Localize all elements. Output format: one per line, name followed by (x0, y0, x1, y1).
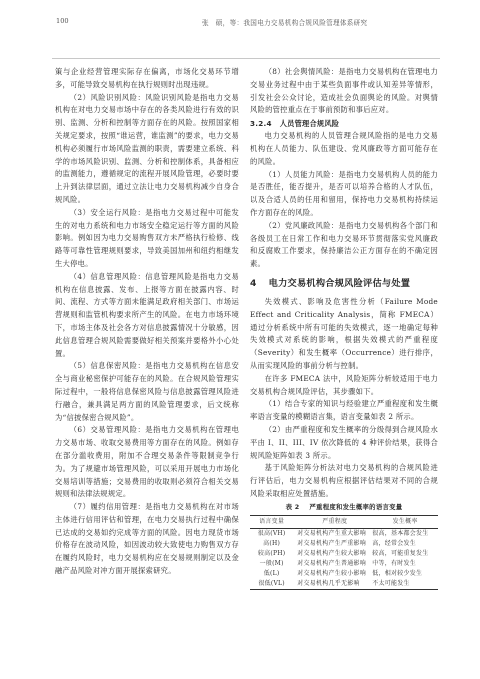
paragraph-information-confidentiality: （5）信息保密风险：是指电力交易机构在信息安全与商业秘密保护可能存在的风险。在合… (55, 360, 239, 424)
paragraph-risk-matrix: 在许多 FMECA 法中，风险矩阵分析较适用于电力交易机构合规风险评估，其步骤如… (250, 373, 438, 399)
paragraph-credit-management: （7）履约信用管理：是指电力交易机构在对市场主体进行信用评估和管理，在电力交易执… (55, 501, 239, 578)
table-header-variable: 语言变量 (250, 515, 293, 528)
subsection-heading: 3.2.4人员管理合规风险 (250, 117, 438, 130)
paragraph-fmeca-definition: 失效模式、影响及危害性分析（Failure Mode Effect and Cr… (250, 296, 438, 373)
cell-variable: 低(L) (250, 569, 293, 579)
cell-variable: 较高(PH) (250, 549, 293, 559)
paragraph-personnel-intro: 电力交易机构的人员管理合规风险指的是电力交易机构在人员能力、队伍建设、党风廉政等… (250, 130, 438, 168)
table-header-row: 语言变量 严重程度 发生概率 (250, 515, 438, 528)
table-row: 高(H) 对交易机构产生严重影响 高，经常会发生 (250, 539, 438, 549)
paragraph-trading-management: （6）交易管理风险：是指电力交易机构在管理电力交易市场、收取交易费用等方面存在的… (55, 424, 239, 501)
cell-variable: 很高(VH) (250, 528, 293, 539)
section-heading: 4电力交易机构合规风险评估与处置 (250, 277, 438, 291)
running-title: 张 硕，等：我国电力交易机构合规风险管理体系研究 (202, 17, 367, 27)
left-column: 策与企业经营管理实际存在偏离，市场化交易环节增多，可能导致交易机构在执行规则时出… (55, 66, 239, 578)
paragraph-information-management: （4）信息管理风险：信息管理风险是指电力交易机构在信息披露、发布、上报等方面在披… (55, 271, 239, 361)
table-row: 较高(PH) 对交易机构产生较大影响 较高，可能重复发生 (250, 549, 438, 559)
table-row: 低(L) 对交易机构产生较小影响 低，相对较少发生 (250, 569, 438, 579)
table-header-severity: 严重程度 (293, 515, 372, 528)
cell-severity: 对交易机构产生严重影响 (293, 539, 372, 549)
page-number: 100 (56, 17, 69, 25)
table-row: 很高(VH) 对交易机构产生重大影响 很高，基本都会发生 (250, 528, 438, 539)
cell-occurrence: 不太可能发生 (372, 579, 438, 590)
cell-variable: 一般(M) (250, 559, 293, 569)
paragraph-safe-operation: （3）安全运行风险：是指电力交易过程中可能发生的对电力系统和电力市场安全稳定运行… (55, 207, 239, 271)
cell-occurrence: 较高，可能重复发生 (372, 549, 438, 559)
table-row: 一般(M) 对交易机构产生普通影响 中等，有时发生 (250, 559, 438, 569)
cell-variable: 高(H) (250, 539, 293, 549)
cell-severity: 对交易机构产生重大影响 (293, 528, 372, 539)
paragraph-integrity: （2）党风廉政风险：是指电力交易机构各个部门和各级员工在日常工作和电力交易环节贯… (250, 220, 438, 271)
section-title: 电力交易机构合规风险评估与处置 (269, 278, 411, 289)
table-header-occurrence: 发生概率 (372, 515, 438, 528)
cell-occurrence: 低，相对较少发生 (372, 569, 438, 579)
paragraph-step-2: （2）由严重程度和发生概率的分级得到合规风险水平由 I、II、III、IV 依次… (250, 424, 438, 462)
cell-occurrence: 很高，基本都会发生 (372, 528, 438, 539)
paragraph-personnel-ability: （1）人员能力风险：是指电力交易机构人员的能力是否胜任，能否提升，是否可以培养合… (250, 169, 438, 220)
table-number: 表 2 (286, 503, 300, 511)
cell-occurrence: 中等，有时发生 (372, 559, 438, 569)
paragraph-risk-identification: （2）风险识别风险：风险识别风险是指电力交易机构在对电力交易市场中存在的各类风险… (55, 92, 239, 207)
linguistic-variable-table: 语言变量 严重程度 发生概率 很高(VH) 对交易机构产生重大影响 很高，基本都… (250, 515, 438, 590)
cell-severity: 对交易机构产生较大影响 (293, 549, 372, 559)
cell-variable: 很低(VL) (250, 579, 293, 590)
paragraph-continuation: 策与企业经营管理实际存在偏离，市场化交易环节增多，可能导致交易机构在执行规则时出… (55, 66, 239, 92)
header-divider (52, 58, 440, 59)
paper-page: 100 张 硕，等：我国电力交易机构合规风险管理体系研究 策与企业经营管理实际存… (0, 0, 480, 679)
paragraph-assessment-result: 基于风险矩阵分析法对电力交易机构的合规风险进行评估后，电力交易机构应根据评估结果… (250, 462, 438, 500)
running-header: 100 张 硕，等：我国电力交易机构合规风险管理体系研究 (56, 17, 440, 29)
paragraph-step-1: （1）结合专家的知识与经验建立严重程度和发生概率语言变量的模糊语言集，语言变量如… (250, 398, 438, 424)
table-title: 严重程度和发生概率的语言变量 (309, 503, 402, 511)
cell-severity: 对交易机构产生较小影响 (293, 569, 372, 579)
section-number: 4 (250, 278, 257, 289)
paragraph-public-opinion: （8）社会舆情风险：是指电力交易机构在管理电力交易业务过程中由于某些负面事件或认… (250, 66, 438, 117)
cell-severity: 对交易机构几乎无影响 (293, 579, 372, 590)
table-row: 很低(VL) 对交易机构几乎无影响 不太可能发生 (250, 579, 438, 590)
subsection-title: 人员管理合规风险 (280, 119, 340, 128)
subsection-number: 3.2.4 (250, 119, 272, 128)
cell-severity: 对交易机构产生普通影响 (293, 559, 372, 569)
right-column: （8）社会舆情风险：是指电力交易机构在管理电力交易业务过程中由于某些负面事件或认… (250, 66, 438, 590)
cell-occurrence: 高，经常会发生 (372, 539, 438, 549)
table-caption: 表 2严重程度和发生概率的语言变量 (250, 502, 438, 513)
